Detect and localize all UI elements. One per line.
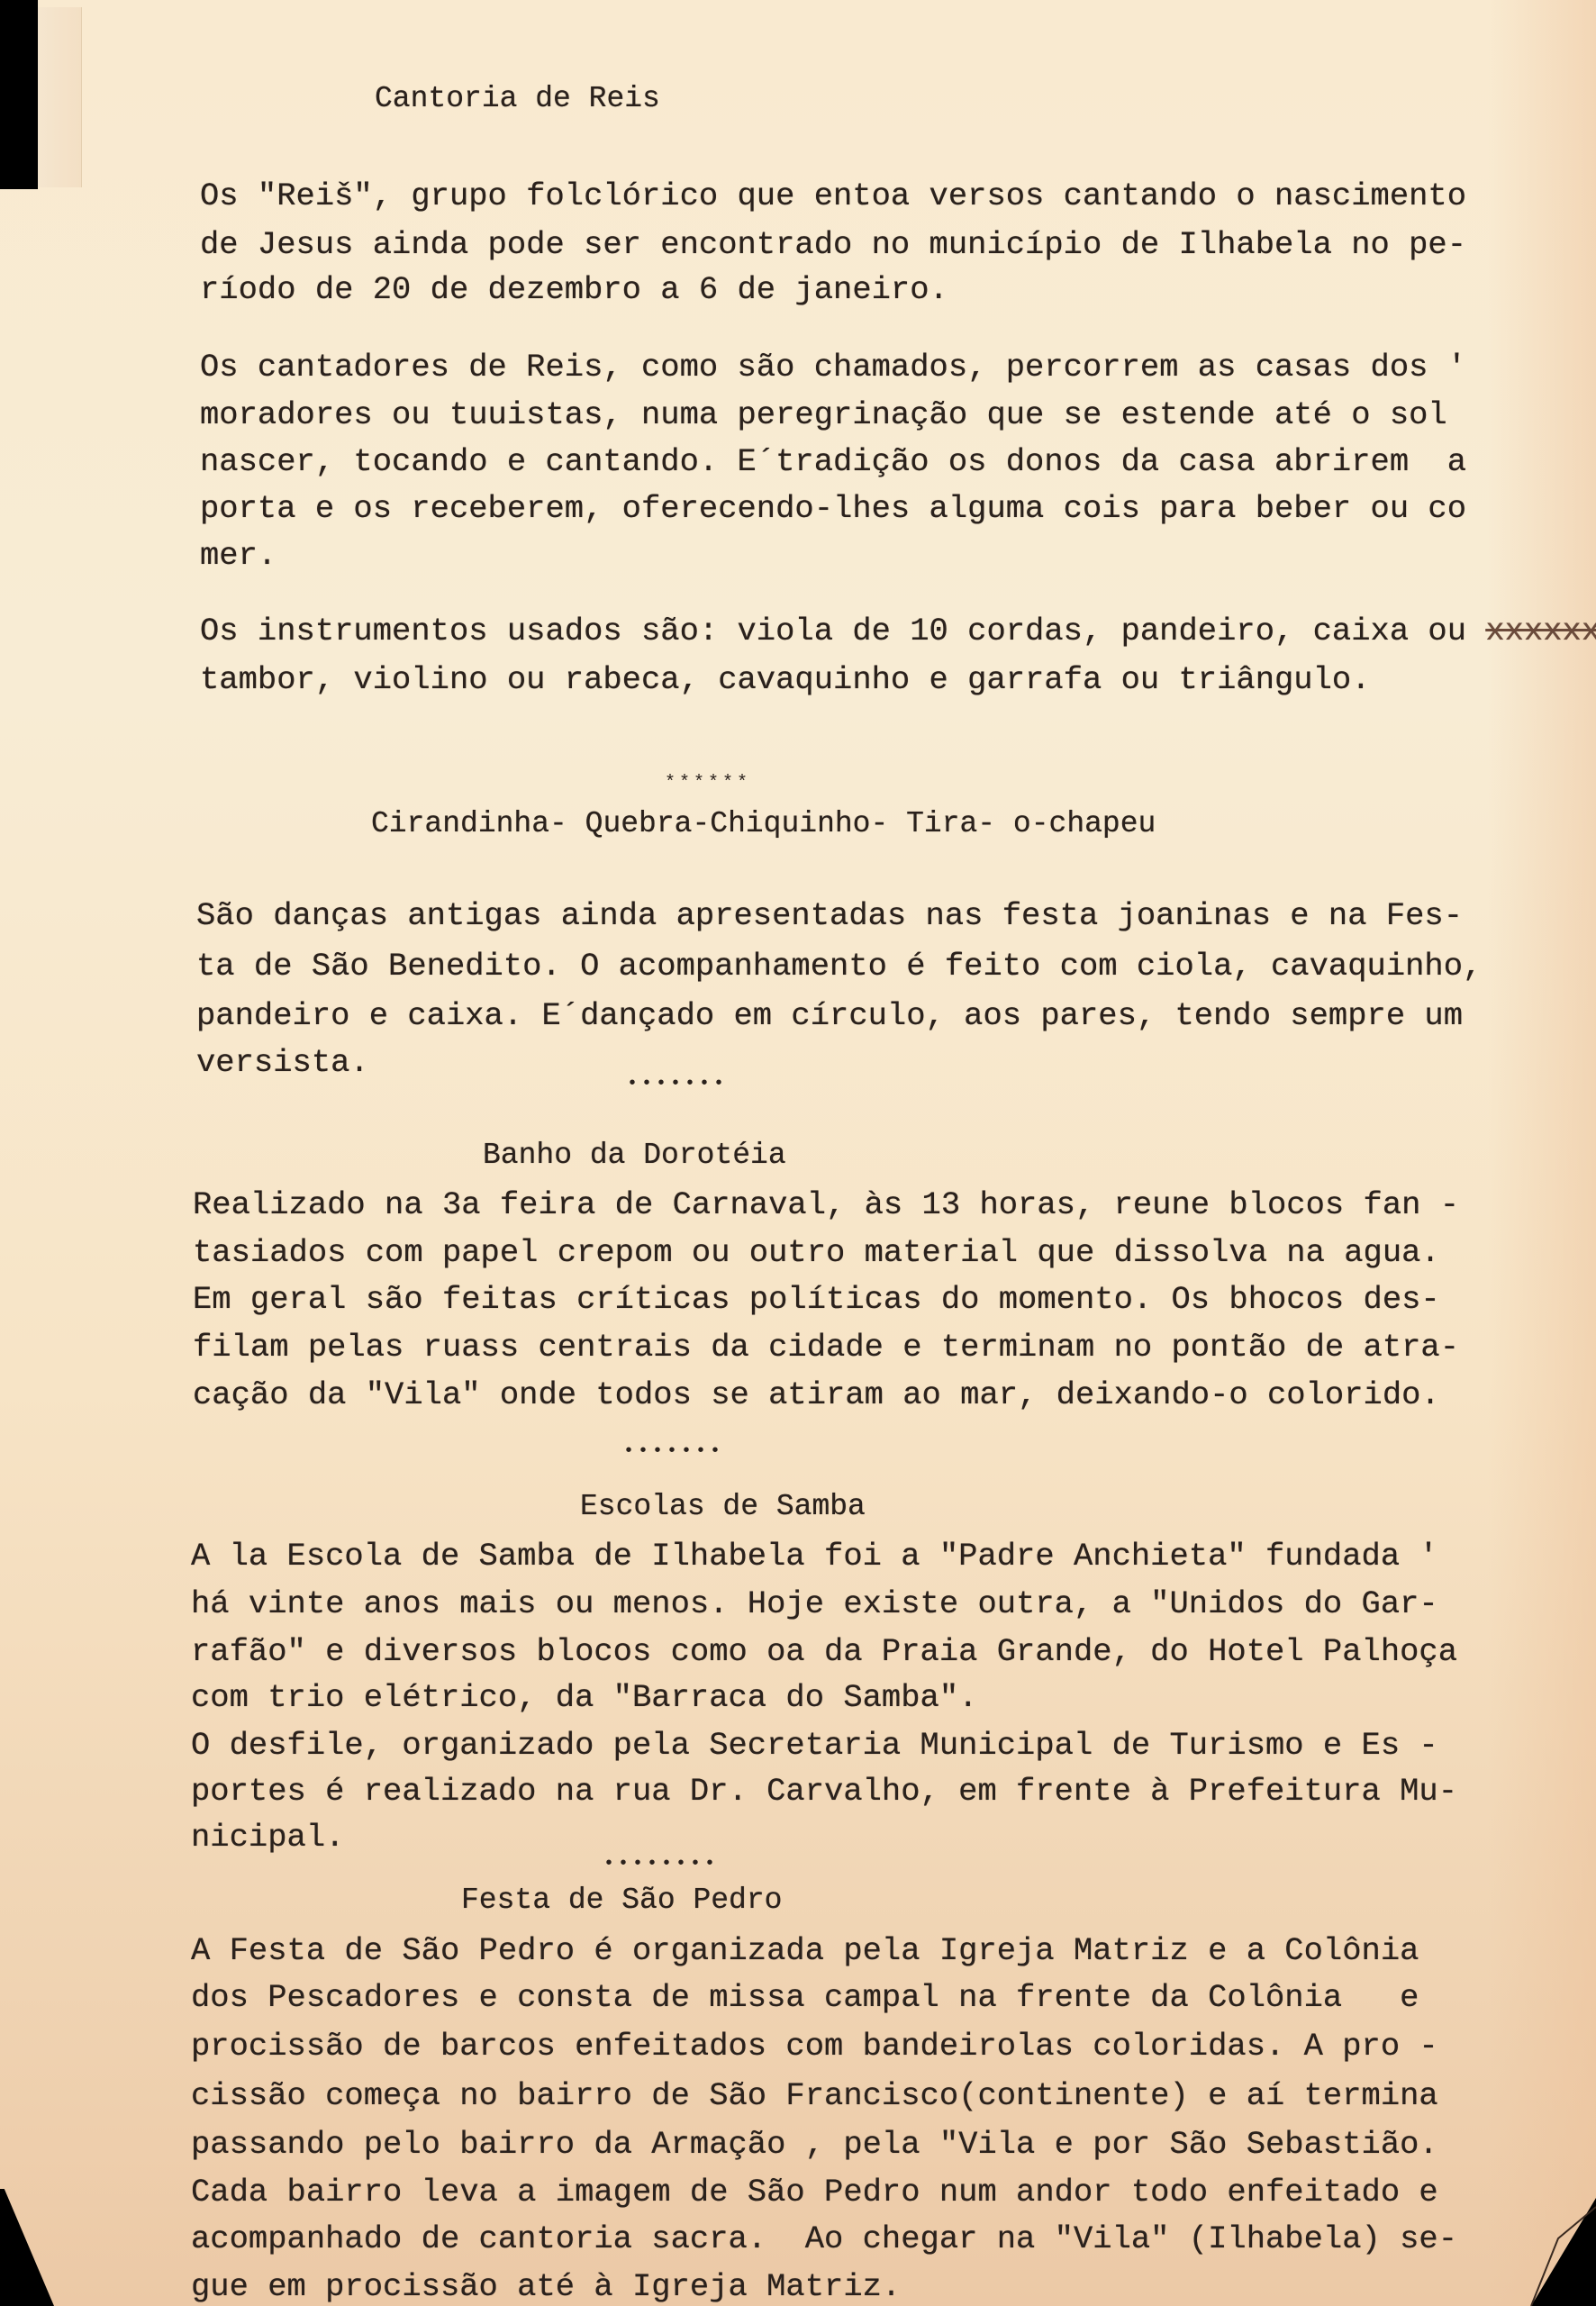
section-heading: Banho da Dorotéia	[483, 1138, 786, 1174]
text-line: porta e os receberem, oferecendo-lhes al…	[200, 491, 1466, 527]
section-separator: •••••••	[623, 1441, 724, 1462]
section-heading: Escolas de Samba	[580, 1489, 866, 1525]
text-line: Em geral são feitas críticas políticas d…	[193, 1282, 1440, 1318]
text-span: Os instrumentos usados são: viola de 10 …	[200, 613, 1485, 649]
section-separator: •••••••	[627, 1074, 728, 1094]
text-line: passando pelo bairro da Armação , pela "…	[191, 2127, 1438, 2163]
section-heading: Festa de São Pedro	[461, 1883, 782, 1919]
text-line: versista.	[196, 1045, 369, 1081]
text-line: há vinte anos mais ou menos. Hoje existe…	[191, 1586, 1438, 1622]
text-line: pandeiro e caixa. E´dançado em círculo, …	[196, 998, 1463, 1034]
text-line: de Jesus ainda pode ser encontrado no mu…	[200, 227, 1466, 263]
text-line: Os instrumentos usados são: viola de 10 …	[200, 613, 1596, 649]
text-line: mer.	[200, 538, 277, 574]
text-line: A la Escola de Samba de Ilhabela foi a "…	[191, 1539, 1438, 1575]
struck-out-word: xxxxxx	[1485, 613, 1596, 649]
text-line: cissão começa no bairro de São Francisco…	[191, 2078, 1438, 2114]
text-line: Cada bairro leva a imagem de São Pedro n…	[191, 2174, 1438, 2211]
text-line: ríodo de 20 de dezembro a 6 de janeiro.	[200, 272, 948, 308]
text-line: filam pelas ruass centrais da cidade e t…	[193, 1330, 1459, 1366]
text-line: procissão de barcos enfeitados com bande…	[191, 2029, 1438, 2065]
text-line: São danças antigas ainda apresentadas na…	[196, 898, 1463, 934]
section-heading: Cirandinha- Quebra-Chiquinho- Tira- o-ch…	[371, 806, 1156, 842]
text-line: rafão" e diversos blocos como oa da Prai…	[191, 1634, 1457, 1670]
text-line: Realizado na 3a feira de Carnaval, às 13…	[193, 1187, 1459, 1223]
text-line: Os cantadores de Reis, como são chamados…	[200, 350, 1466, 386]
text-line: nicipal.	[191, 1820, 344, 1856]
text-line: tambor, violino ou rabeca, cavaquinho e …	[200, 662, 1371, 698]
folded-corner-bottomright	[1495, 2198, 1596, 2306]
section-separator: ******	[665, 773, 751, 794]
text-line: O desfile, organizado pela Secretaria Mu…	[191, 1728, 1438, 1764]
text-line: portes é realizado na rua Dr. Carvalho, …	[191, 1774, 1457, 1810]
text-line: dos Pescadores e consta de missa campal …	[191, 1980, 1419, 2016]
text-line: tasiados com papel crepom ou outro mater…	[193, 1235, 1440, 1271]
text-line: moradores ou tuuistas, numa peregrinação…	[200, 397, 1447, 433]
text-line: nascer, tocando e cantando. E´tradição o…	[200, 444, 1466, 480]
text-line: cação da "Vila" onde todos se atiram ao …	[193, 1377, 1440, 1413]
section-heading: Cantoria de Reis	[375, 81, 660, 117]
scan-background-topleft	[0, 0, 38, 189]
text-line: Os "Reiš", grupo folclórico que entoa ve…	[200, 178, 1466, 214]
text-line: gue em procissão até à Igreja Matriz.	[191, 2269, 901, 2305]
text-line: ta de São Benedito. O acompanhamento é f…	[196, 949, 1482, 985]
section-separator: ••••••••	[603, 1854, 719, 1875]
text-line: A Festa de São Pedro é organizada pela I…	[191, 1933, 1419, 1969]
text-line: acompanhado de cantoria sacra. Ao chegar…	[191, 2221, 1457, 2257]
text-line: com trio elétrico, da "Barraca do Samba"…	[191, 1680, 977, 1716]
folded-corner-topleft	[38, 7, 82, 187]
